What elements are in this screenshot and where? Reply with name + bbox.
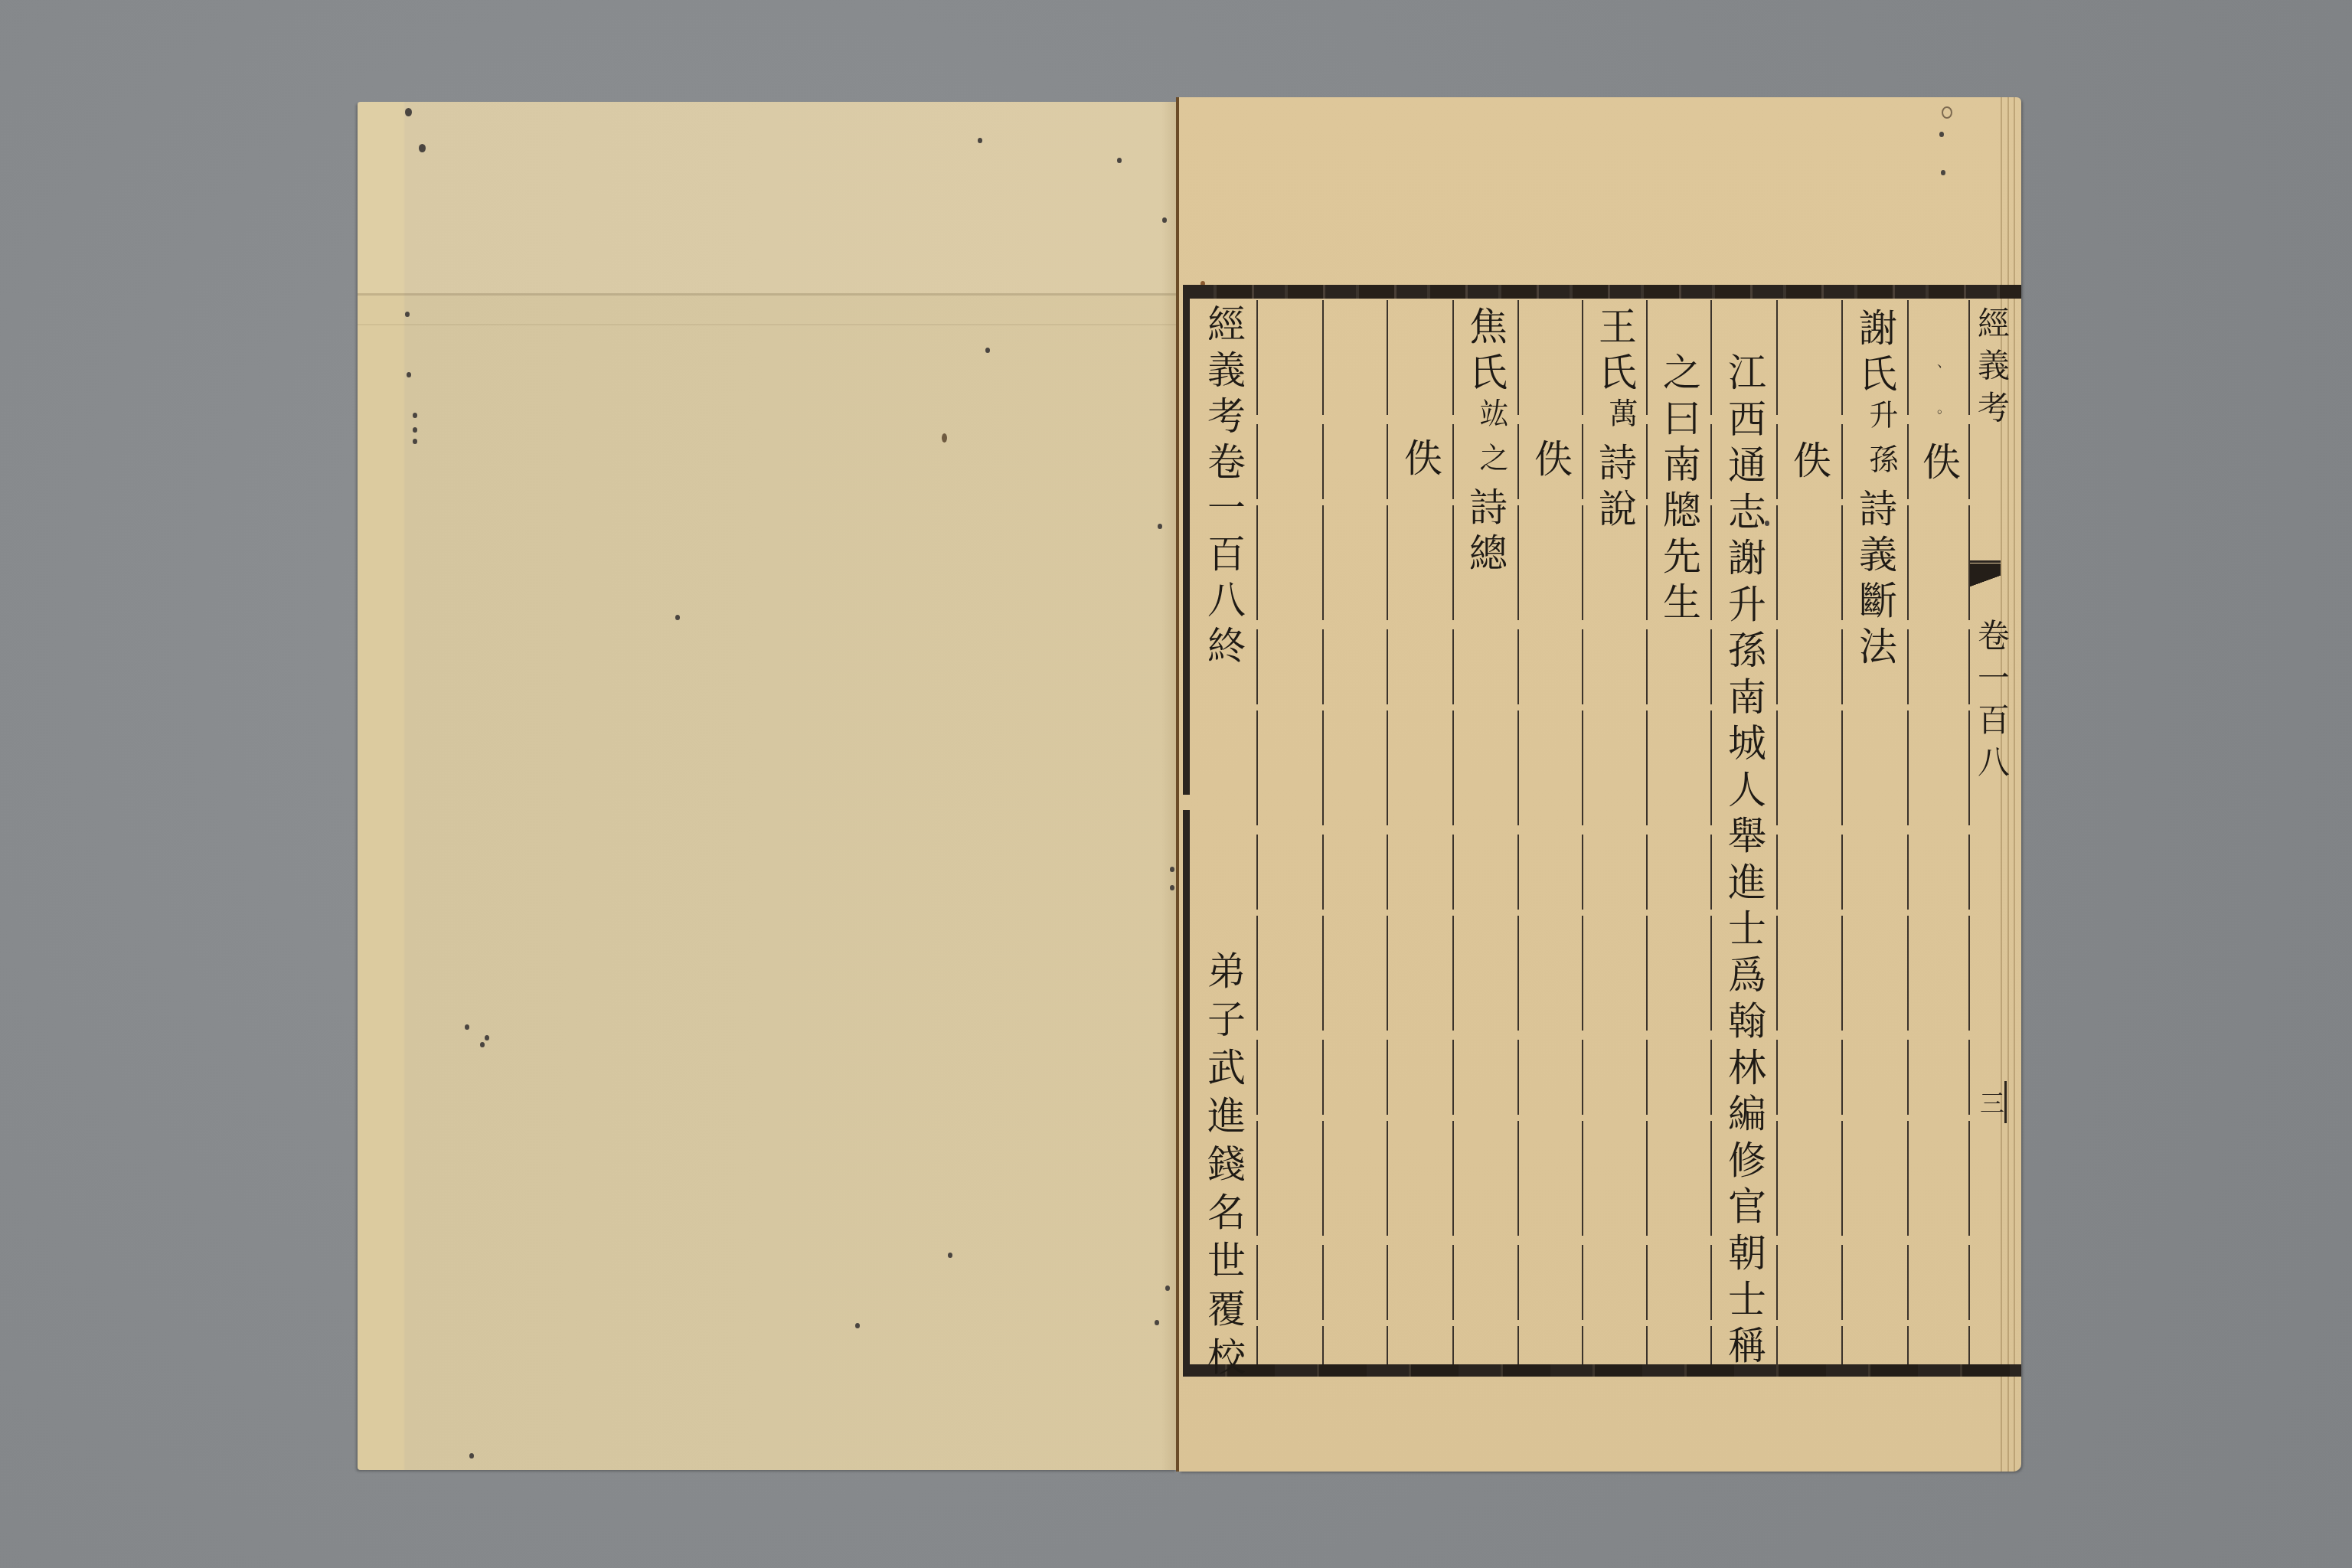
author-surname: 焦氏 xyxy=(1463,306,1508,398)
heart-juan-number: 卷一百八 xyxy=(1975,619,2007,787)
wormhole-mark xyxy=(407,372,411,377)
wormhole-mark xyxy=(405,312,410,317)
column-rule xyxy=(1907,300,1909,1364)
column-rule xyxy=(1387,300,1388,1364)
text-column-9: 佚 xyxy=(1401,438,1439,484)
juan-end-title: 經義考卷一百八終 xyxy=(1201,304,1246,671)
lost-notice: 佚 xyxy=(1398,438,1442,484)
text-column-6: 王氏萬詩說 xyxy=(1596,306,1634,534)
text-column-8: 焦氏竑之詩總 xyxy=(1466,306,1504,579)
lost-notice: 佚 xyxy=(1787,440,1831,486)
wormhole-mark xyxy=(413,427,417,433)
juan-end-colophon: 經義考卷一百八終 xyxy=(1204,304,1243,671)
column-rule xyxy=(1256,300,1258,1364)
page-discoloration-band xyxy=(358,102,1177,293)
wormhole-mark xyxy=(1170,885,1174,890)
column-rule xyxy=(1776,300,1778,1364)
left-page-blank xyxy=(358,102,1177,1470)
proofreader-text: 弟子武進錢名世覆校 xyxy=(1201,951,1246,1385)
column-rule xyxy=(1646,300,1648,1364)
punctuation-mark: 、 xyxy=(1937,356,1951,370)
wormhole-mark xyxy=(480,1042,485,1047)
commentary-text: 江西通志謝升孫南城人舉進士爲翰林編修官朝士稱 xyxy=(1722,352,1766,1371)
column-rule xyxy=(1710,300,1712,1364)
lost-notice: 佚 xyxy=(1916,442,1961,488)
wormhole-mark xyxy=(485,1035,489,1040)
punctuation-mark: 。 xyxy=(1937,402,1951,416)
column-rule xyxy=(1968,300,1970,1364)
author-given-name: 竑之 xyxy=(1475,398,1508,487)
frame-bottom-border xyxy=(1183,1364,2021,1377)
page-edge-shadow xyxy=(1161,102,1177,1470)
author-surname: 謝氏 xyxy=(1853,308,1897,400)
text-column-1: 佚 xyxy=(1919,442,1958,488)
column-rule xyxy=(1582,300,1583,1364)
lost-notice: 佚 xyxy=(1528,439,1573,485)
fish-tail-icon xyxy=(1970,563,2001,594)
author-given-name: 萬 xyxy=(1604,398,1638,443)
work-title: 詩總 xyxy=(1463,487,1508,579)
wormhole-mark xyxy=(1170,867,1174,872)
stain-mark xyxy=(942,433,947,443)
wormhole-mark xyxy=(1942,106,1952,119)
column-rule xyxy=(1322,300,1324,1364)
wormhole-mark xyxy=(948,1253,952,1258)
wormhole-mark xyxy=(405,108,412,116)
frame-left-border xyxy=(1183,810,1190,1373)
wormhole-mark xyxy=(1165,1285,1170,1291)
page-stack-edge xyxy=(2014,97,2015,1472)
author-given-name: 升孫 xyxy=(1864,400,1898,488)
column-rule xyxy=(1841,300,1843,1364)
wormhole-mark xyxy=(855,1323,860,1328)
wormhole-mark xyxy=(1155,1320,1159,1325)
heart-page-number: 三 xyxy=(1980,1091,2004,1116)
commentary-text: 之曰南牕先生 xyxy=(1657,352,1701,628)
work-title: 詩義斷法 xyxy=(1853,488,1897,672)
wormhole-mark xyxy=(978,138,982,143)
wormhole-mark xyxy=(469,1453,474,1459)
heart-book-title: 經義考 xyxy=(1975,306,2007,433)
frame-left-border xyxy=(1183,289,1190,795)
paper-crease xyxy=(358,324,1177,325)
wormhole-mark xyxy=(419,144,426,152)
text-column-2: 謝氏升孫詩義斷法 xyxy=(1856,308,1894,672)
proofreader-credit: 弟子武進錢名世覆校 xyxy=(1204,951,1243,1385)
wormhole-mark xyxy=(675,615,680,620)
wormhole-mark xyxy=(465,1024,469,1030)
column-rule xyxy=(1517,300,1519,1364)
wormhole-mark xyxy=(1158,524,1162,529)
text-column-5: 之曰南牕先生 xyxy=(1660,352,1698,628)
frame-top-border xyxy=(1183,285,2021,299)
text-column-3: 佚 xyxy=(1790,440,1828,486)
column-rule xyxy=(1452,300,1454,1364)
wormhole-mark xyxy=(1162,217,1167,223)
right-page-printed xyxy=(1179,97,2021,1472)
wormhole-mark xyxy=(1117,158,1122,163)
wormhole-mark xyxy=(1939,132,1944,137)
wormhole-mark xyxy=(985,348,990,353)
wormhole-mark xyxy=(1941,170,1945,175)
wormhole-mark xyxy=(413,413,417,418)
paper-crease xyxy=(358,293,1177,296)
wormhole-mark xyxy=(413,439,417,444)
work-title: 詩說 xyxy=(1592,443,1637,534)
author-surname: 王氏 xyxy=(1592,306,1637,398)
heart-rule xyxy=(1970,560,2001,563)
heart-page-number-partial xyxy=(2004,1081,2007,1123)
text-column-7: 佚 xyxy=(1531,439,1570,485)
text-column-4: 江西通志謝升孫南城人舉進士爲翰林編修官朝士稱 xyxy=(1725,352,1763,1371)
